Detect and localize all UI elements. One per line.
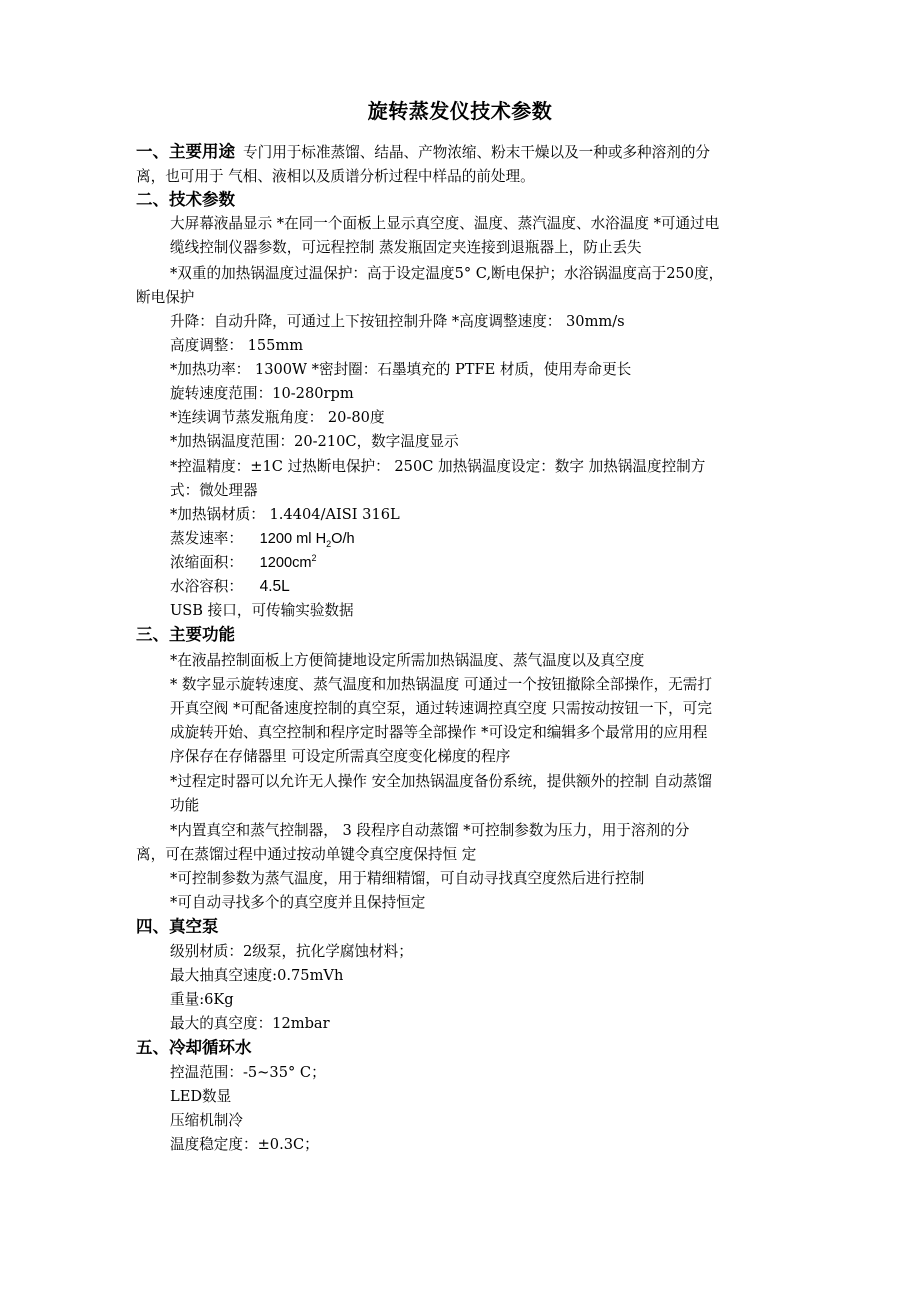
pump-spec-line: 重量:6Kg: [170, 988, 234, 1012]
document-title: 旋转蒸发仪技术参数: [0, 96, 920, 126]
spec-line-usb: USB 接口，可传输实验数据: [170, 599, 354, 623]
section-1-heading: 一、主要用途专门用于标准蒸馏、结晶、产物浓缩、粉末干燥以及一种或多种溶剂的分: [136, 140, 710, 165]
spec-line: 缆线控制仪器参数，可远程控制 蒸发瓶固定夹连接到退瓶器上，防止丢失: [170, 236, 642, 260]
feature-line: *可控制参数为蒸气温度，用于精细精馏，可自动寻找真空度然后进行控制: [170, 867, 644, 891]
spec-line: *控温精度：±1C 过热断电保护： 250C 加热锅温度设定：数字 加热锅温度控…: [170, 455, 705, 479]
section-2-heading: 二、技术参数: [136, 188, 235, 212]
spec-label: 水浴容积：: [170, 578, 243, 595]
pump-spec-line: 最大的真空度：12mbar: [170, 1012, 330, 1036]
spec-line-conc-area: 浓缩面积： 1200cm2: [170, 551, 317, 575]
spec-line: *连续调节蒸发瓶角度： 20-80度: [170, 406, 385, 430]
spec-line: 高度调整： 155mm: [170, 334, 303, 358]
feature-line: *过程定时器可以允许无人操作 安全加热锅温度备份系统，提供额外的控制 自动蒸馏: [170, 770, 712, 794]
section-5-heading: 五、冷却循环水: [136, 1036, 252, 1060]
spec-label: 蒸发速率：: [170, 530, 243, 547]
spec-line-bath-volume: 水浴容积： 4.5L: [170, 575, 290, 599]
section-4-heading: 四、真空泵: [136, 915, 219, 939]
spec-value: 4.5L: [260, 578, 290, 595]
section-3-heading: 三、主要功能: [136, 623, 235, 647]
pump-spec-line: 级别材质：2级泵，抗化学腐蚀材料；: [170, 940, 413, 964]
spec-line-evap-rate: 蒸发速率： 1200 ml H2O/h: [170, 527, 355, 551]
document-page: 旋转蒸发仪技术参数 一、主要用途专门用于标准蒸馏、结晶、产物浓缩、粉末干燥以及一…: [0, 0, 920, 1302]
spec-line: *双重的加热锅温度过温保护：高于设定温度5° C,断电保护；水浴锅温度高于250…: [170, 262, 723, 286]
section-1-text-line: 离，也可用于 气相、液相以及质谱分析过程中样品的前处理。: [136, 165, 535, 189]
spec-label: 浓缩面积：: [170, 554, 243, 571]
cooling-spec-line: LED数显: [170, 1085, 231, 1109]
feature-line: * 数字显示旋转速度、蒸气温度和加热锅温度 可通过一个按钮撤除全部操作，无需打: [170, 673, 712, 697]
spec-line: 断电保护: [136, 286, 194, 310]
cooling-spec-line: 温度稳定度：±0.3C；: [170, 1133, 319, 1157]
section-1-text-line: 专门用于标准蒸馏、结晶、产物浓缩、粉末干燥以及一种或多种溶剂的分: [243, 144, 710, 161]
spec-line: 式：微处理器: [170, 479, 258, 503]
spec-value: 1200 ml H2O/h: [260, 531, 355, 547]
feature-line: 离，可在蒸馏过程中通过按动单键令真空度保持恒 定: [136, 843, 476, 867]
feature-line: *在液晶控制面板上方便简捷地设定所需加热锅温度、蒸气温度以及真空度: [170, 649, 644, 673]
cooling-spec-line: 压缩机制冷: [170, 1109, 243, 1133]
spec-line: *加热锅温度范围：20-210C，数字温度显示: [170, 430, 459, 454]
feature-line: 成旋转开始、真空控制和程序定时器等全部操作 *可设定和编辑多个最常用的应用程: [170, 721, 707, 745]
spec-value: 1200cm2: [260, 555, 317, 571]
spec-line: 大屏幕液晶显示 *在同一个面板上显示真空度、温度、蒸汽温度、水浴温度 *可通过电: [170, 212, 719, 236]
section-1-title: 一、主要用途: [136, 142, 235, 161]
spec-line: *加热锅材质： 1.4404/AISI 316L: [170, 503, 400, 527]
cooling-spec-line: 控温范围：-5~35° C；: [170, 1061, 326, 1085]
spec-line: 升降：自动升降，可通过上下按钮控制升降 *高度调整速度： 30mm/s: [170, 310, 625, 334]
feature-line: *可自动寻找多个的真空度并且保持恒定: [170, 891, 425, 915]
feature-line: *内置真空和蒸气控制器， 3 段程序自动蒸馏 *可控制参数为压力，用于溶剂的分: [170, 819, 689, 843]
feature-line: 序保存在存储器里 可设定所需真空度变化梯度的程序: [170, 745, 510, 769]
spec-line: *加热功率： 1300W *密封圈：石墨填充的 PTFE 材质，使用寿命更长: [170, 358, 631, 382]
feature-line: 功能: [170, 794, 199, 818]
pump-spec-line: 最大抽真空速度:0.75mVh: [170, 964, 343, 988]
spec-line: 旋转速度范围：10-280rpm: [170, 382, 354, 406]
feature-line: 开真空阀 *可配备速度控制的真空泵，通过转速调控真空度 只需按动按钮一下，可完: [170, 697, 712, 721]
